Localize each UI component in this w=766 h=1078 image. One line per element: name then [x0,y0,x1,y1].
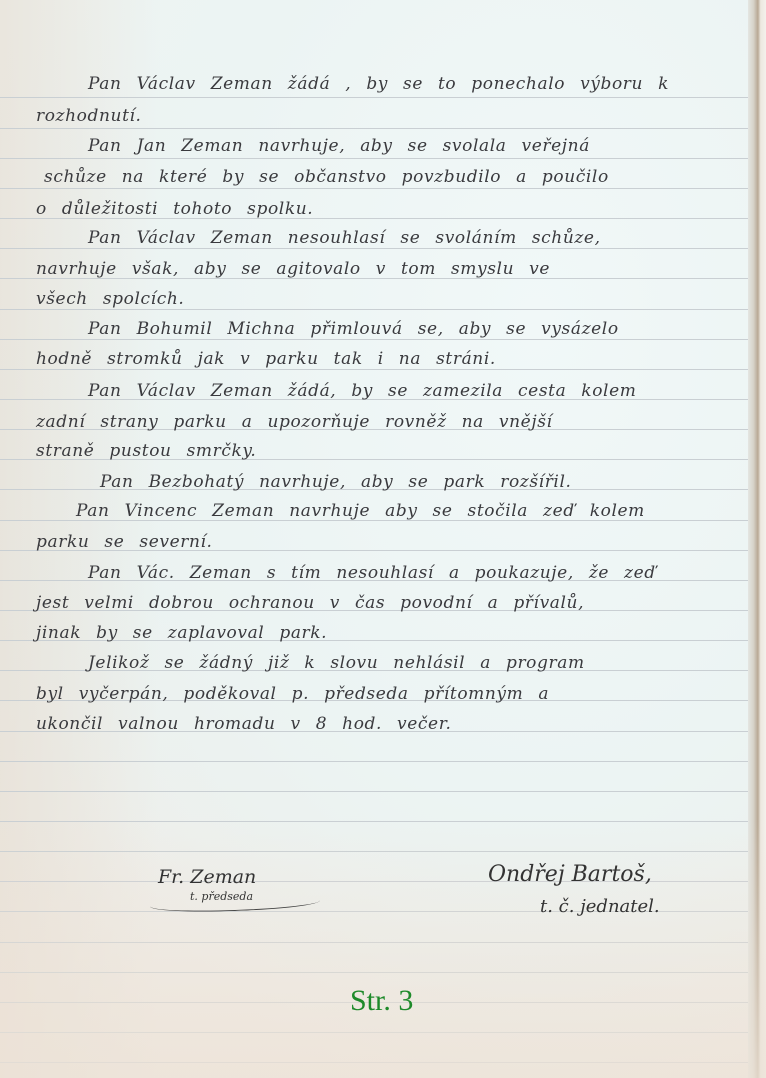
ruled-line [0,972,748,973]
text-line: Pan Václav Zeman žádá, by se zamezila ce… [88,381,636,401]
ruled-line [0,369,748,370]
ruled-line [0,128,748,129]
ruled-line [0,97,748,98]
ruled-line [0,791,748,792]
ruled-line [0,1032,748,1033]
text-line: navrhuje však, aby se agitovalo v tom sm… [36,259,550,279]
ruled-line [0,339,748,340]
ruled-line [0,851,748,852]
text-line: rozhodnutí. [36,106,142,126]
ruled-line [0,309,748,310]
ruled-line [0,761,748,762]
ruled-line [0,248,748,249]
text-line: Pan Jan Zeman navrhuje, aby se svolala v… [88,136,590,156]
ruled-line [0,1062,748,1063]
signature-left-name: Fr. Zeman [158,866,256,888]
text-line: ukončil valnou hromadu v 8 hod. večer. [36,714,452,734]
page-edge [748,0,766,1078]
text-line: parku se severní. [36,532,213,552]
ruled-line [0,821,748,822]
text-line: schůze na které by se občanstvo povzbudi… [44,167,609,187]
text-line: zadní strany parku a upozorňuje rovněž n… [36,412,553,432]
text-line: Jelikož se žádný již k slovu nehlásil a … [88,653,585,673]
manuscript-page: Pan Václav Zeman žádá , by se to ponecha… [0,0,766,1078]
text-line: Pan Bohumil Michna přimlouvá se, aby se … [88,319,619,339]
signature-right-title: t. č. jednatel. [540,896,660,917]
ruled-line [0,158,748,159]
text-line: hodně stromků jak v parku tak i na strán… [36,349,496,369]
text-line: Pan Václav Zeman žádá , by se to ponecha… [88,74,669,94]
text-line: Pan Václav Zeman nesouhlasí se svoláním … [88,228,601,248]
text-line: Pan Vincenc Zeman navrhuje aby se stočil… [76,501,645,521]
text-line: jinak by se zaplavoval park. [36,623,327,643]
text-line: o důležitosti tohoto spolku. [36,199,313,219]
text-line: byl vyčerpán, poděkoval p. předseda přít… [36,684,549,704]
page-number-label: Str. 3 [350,984,413,1018]
text-line: jest velmi dobrou ochranou v čas povodní… [36,593,584,613]
text-line: straně pustou smrčky. [36,441,256,461]
text-line: Pan Vác. Zeman s tím nesouhlasí a poukaz… [88,563,656,583]
text-line: všech spolcích. [36,289,184,309]
ruled-line [0,188,748,189]
text-line: Pan Bezbohatý navrhuje, aby se park rozš… [100,472,572,492]
ruled-line [0,942,748,943]
signature-right-name: Ondřej Bartoš, [488,862,652,887]
